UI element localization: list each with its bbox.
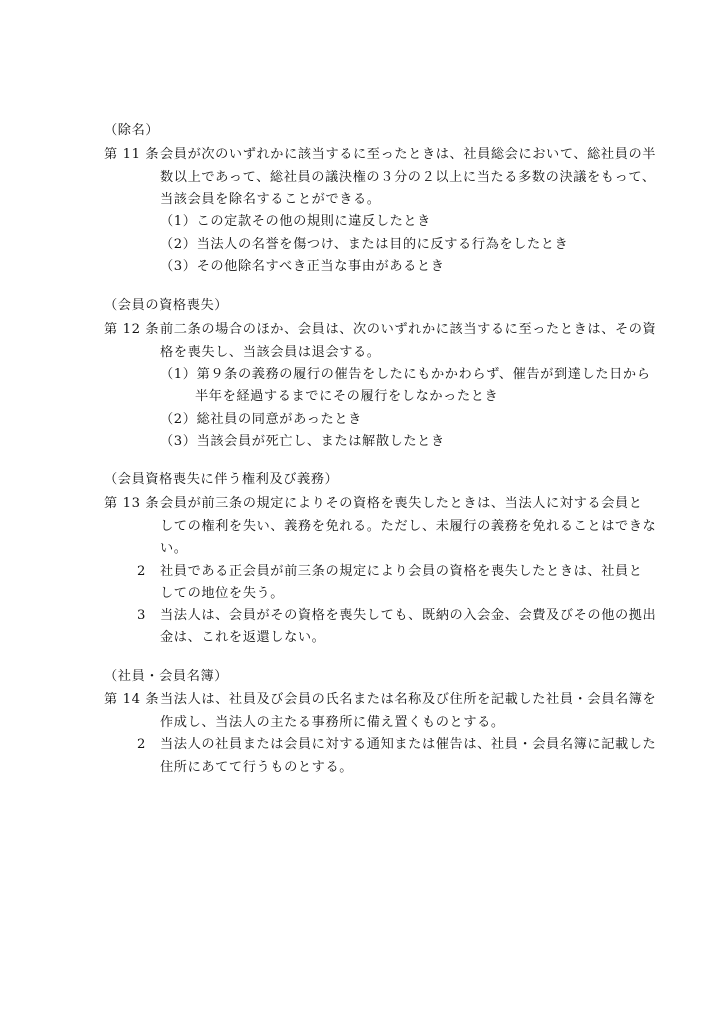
paragraph-text-line: 社員である正会員が前三条の規定により会員の資格を喪失したときは、社員と (160, 562, 643, 582)
item-text: 総社員の同意があったとき (197, 412, 362, 427)
item-row: （3）その他除名すべき正当な事由があるとき (160, 257, 445, 277)
article-text-line: い。 (160, 539, 188, 559)
article-text-line: 数以上であって、総社員の議決権の３分の２以上に当たる多数の決議をもって、 (160, 168, 656, 188)
article-text-line: 前二条の場合のほか、会員は、次のいずれかに該当するに至ったときは、その資 (160, 320, 656, 340)
section-heading: （会員の資格喪失） (104, 296, 228, 316)
item-label: （1） (160, 214, 197, 229)
paragraph-text-line: 当法人の社員または会員に対する通知または催告は、社員・会員名簿に記載した (160, 735, 656, 755)
paragraph-text-line: しての地位を失う。 (160, 584, 284, 604)
item-text: 当法人の名誉を傷つけ、または目的に反する行為をしたとき (197, 237, 569, 252)
item-text: その他除名すべき正当な事由があるとき (197, 259, 445, 274)
item-label: （3） (160, 434, 197, 449)
item-row: （2）当法人の名誉を傷つけ、または目的に反する行為をしたとき (160, 235, 568, 255)
item-label: （2） (160, 412, 197, 427)
item-label: （1） (160, 367, 197, 382)
paragraph-number: 2 (137, 562, 146, 582)
item-label: （3） (160, 259, 197, 274)
item-row: （1）第９条の義務の履行の催告をしたにもかかわらず、催告が到達した日から (160, 365, 651, 385)
article-number: 第 11 条 (104, 145, 159, 165)
item-row: （1）この定款その他の規則に違反したとき (160, 212, 431, 232)
item-text: 第９条の義務の履行の催告をしたにもかかわらず、催告が到達した日から (197, 367, 651, 382)
item-continuation: 半年を経過するまでにその履行をしなかったとき (195, 387, 498, 407)
section-heading: （会員資格喪失に伴う権利及び義務） (104, 470, 338, 490)
item-text: 当該会員が死亡し、または解散したとき (197, 434, 445, 449)
item-row: （3）当該会員が死亡し、または解散したとき (160, 432, 445, 452)
document-page: （除名） 第 11 条 会員が次のいずれかに該当するに至ったときは、社員総会にお… (0, 0, 724, 1024)
article-text-line: 当法人は、社員及び会員の氏名または名称及び住所を記載した社員・会員名簿を (160, 690, 656, 710)
item-label: （2） (160, 237, 197, 252)
article-text-line: しての権利を失い、義務を免れる。ただし、未履行の義務を免れることはできな (160, 517, 656, 537)
paragraph-number: 3 (137, 606, 146, 626)
paragraph-text-line: 住所にあてて行うものとする。 (160, 758, 353, 778)
article-text-line: 会員が次のいずれかに該当するに至ったときは、社員総会において、総社員の半 (160, 145, 656, 165)
section-heading: （除名） (104, 121, 159, 141)
section-heading: （社員・会員名簿） (104, 667, 228, 687)
item-row: （2）総社員の同意があったとき (160, 410, 362, 430)
article-text-line: 会員が前三条の規定によりその資格を喪失したときは、当法人に対する会員と (160, 494, 643, 514)
article-number: 第 12 条 (104, 320, 159, 340)
item-text: この定款その他の規則に違反したとき (197, 214, 431, 229)
article-number: 第 14 条 (104, 690, 159, 710)
paragraph-text-line: 当法人は、会員がその資格を喪失しても、既納の入会金、会費及びその他の拠出 (160, 606, 656, 626)
article-number: 第 13 条 (104, 494, 159, 514)
paragraph-text-line: 金は、これを返還しない。 (160, 628, 325, 648)
paragraph-number: 2 (137, 735, 146, 755)
article-text-line: 当該会員を除名することができる。 (160, 190, 381, 210)
article-text-line: 格を喪失し、当該会員は退会する。 (160, 343, 381, 363)
article-text-line: 作成し、当法人の主たる事務所に備え置くものとする。 (160, 713, 505, 733)
